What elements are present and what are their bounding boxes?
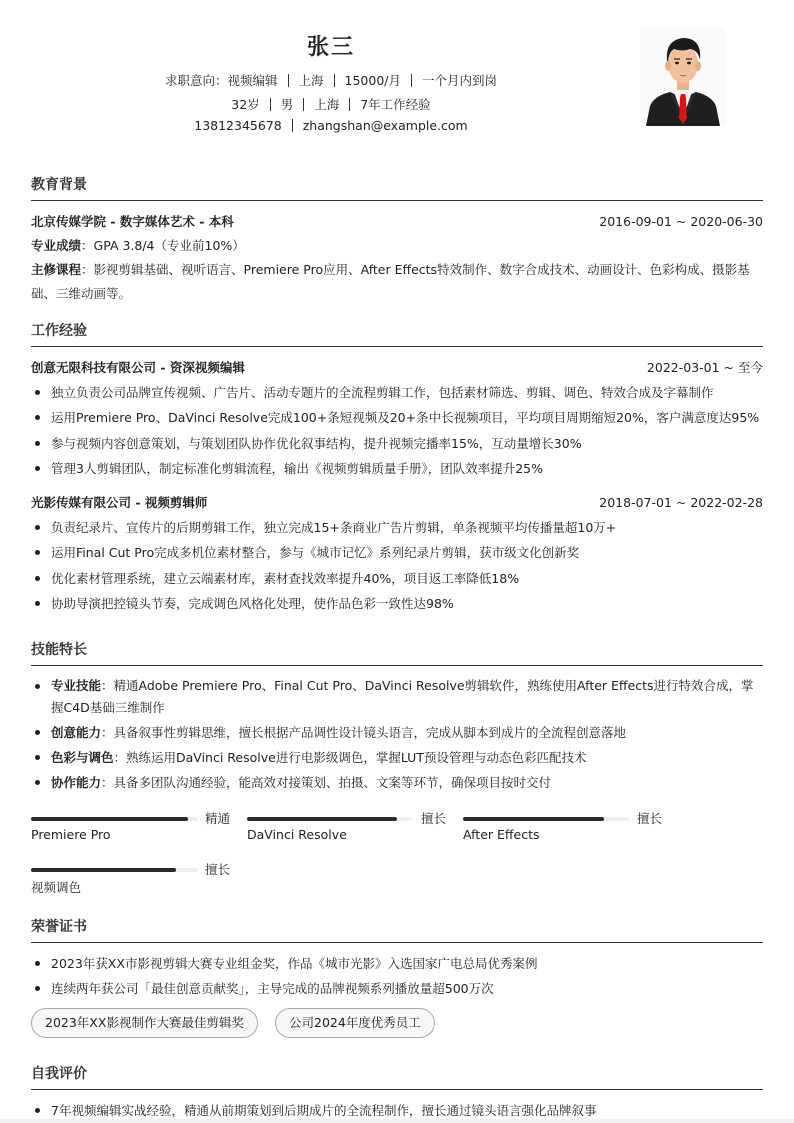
honor-tag: 2023年XX影视制作大赛最佳剪辑奖: [31, 1008, 258, 1038]
expected-salary: 15000/月: [345, 73, 401, 88]
skills-list: 专业技能：精通Adobe Premiere Pro、Final Cut Pro、…: [31, 675, 763, 793]
gpa-label: 专业成绩: [31, 238, 81, 253]
section-work-experience: 工作经验 创意无限科技有限公司 - 资深视频编辑 2022-03-01 ~ 至今…: [31, 320, 763, 616]
education-entry-header: 北京传媒学院 - 数字媒体艺术 - 本科 2016-09-01 ~ 2020-0…: [31, 210, 763, 234]
skill-bar-after-effects: 擅长 After Effects: [463, 811, 673, 851]
separator: [303, 98, 304, 111]
progress-track: [31, 868, 198, 872]
list-item: 运用Final Cut Pro完成多机位素材整合，参与《城市记忆》系列纪录片剪辑…: [31, 540, 763, 565]
progress-fill: [31, 868, 176, 872]
section-honors: 荣誉证书 2023年获XX市影视剪辑大赛专业组金奖，作品《城市光影》入选国家广电…: [31, 916, 763, 1002]
skill-name: 视频调色: [31, 878, 81, 896]
list-item: 负责纪录片、宣传片的后期剪辑工作，独立完成15+条商业广告片剪辑，单条视频平均传…: [31, 515, 763, 540]
progress-fill: [31, 817, 188, 821]
skill-level: 擅长: [637, 809, 662, 827]
job-intent-line: 求职意向：视频编辑上海15000/月一个月内到岗: [31, 71, 631, 89]
page-bottom-edge: [0, 1119, 794, 1123]
separator: [411, 74, 412, 87]
availability: 一个月内到岗: [422, 73, 497, 88]
skill-bar-davinci: 擅长 DaVinci Resolve: [247, 811, 457, 851]
skill-name: Premiere Pro: [31, 827, 111, 842]
candidate-name: 张三: [31, 30, 631, 61]
skill-bar-color-grading: 擅长 视频调色: [31, 862, 241, 902]
separator: [288, 74, 289, 87]
education-dates: 2016-09-01 ~ 2020-06-30: [599, 210, 763, 234]
list-item: 连续两年获公司「最佳创意贡献奖」，主导完成的品牌视频系列播放量超500万次: [31, 976, 763, 1001]
job-dates: 2022-03-01 ~ 至今: [647, 356, 763, 380]
skill-level: 擅长: [205, 860, 230, 878]
intent-city: 上海: [299, 73, 324, 88]
separator: [334, 74, 335, 87]
progress-fill: [463, 817, 604, 821]
section-title: 工作经验: [31, 320, 763, 342]
section-title: 荣誉证书: [31, 916, 763, 938]
gender: 男: [281, 97, 294, 112]
gpa-line: 专业成绩：GPA 3.8/4（专业前10%）: [31, 234, 763, 258]
list-item: 参与视频内容创意策划，与策划团队协作优化叙事结构，提升视频完播率15%，互动量增…: [31, 431, 763, 456]
years-experience: 7年工作经验: [360, 97, 430, 112]
list-item: 独立负责公司品牌宣传视频、广告片、活动专题片的全流程剪辑工作，包括素材筛选、剪辑…: [31, 380, 763, 405]
list-item: 2023年获XX市影视剪辑大赛专业组金奖，作品《城市光影》入选国家广电总局优秀案…: [31, 951, 763, 976]
avatar: [640, 28, 726, 126]
list-item: 运用Premiere Pro、DaVinci Resolve完成100+条短视频…: [31, 405, 763, 430]
email: zhangshan@example.com: [303, 118, 468, 133]
job-entry: 创意无限科技有限公司 - 资深视频编辑 2022-03-01 ~ 至今 独立负责…: [31, 356, 763, 481]
section-education: 教育背景 北京传媒学院 - 数字媒体艺术 - 本科 2016-09-01 ~ 2…: [31, 174, 763, 306]
skill-name: After Effects: [463, 827, 539, 842]
list-item: 专业技能：精通Adobe Premiere Pro、Final Cut Pro、…: [31, 675, 763, 718]
job-bullets: 独立负责公司品牌宣传视频、广告片、活动专题片的全流程剪辑工作，包括素材筛选、剪辑…: [31, 380, 763, 481]
separator: [349, 98, 350, 111]
courses-label: 主修课程: [31, 262, 81, 277]
school-degree: 北京传媒学院 - 数字媒体艺术 - 本科: [31, 214, 234, 229]
job-entry: 光影传媒有限公司 - 视频剪辑师 2018-07-01 ~ 2022-02-28…: [31, 491, 763, 616]
skill-level: 擅长: [421, 809, 446, 827]
resume-header: 张三 求职意向：视频编辑上海15000/月一个月内到岗 32岁男上海7年工作经验…: [31, 0, 763, 150]
list-item: 协作能力：具备多团队沟通经验，能高效对接策划、拍摄、文案等环节，确保项目按时交付: [31, 772, 763, 794]
list-item: 优化素材管理系统，建立云端素材库，素材查找效率提升40%，项目返工率降低18%: [31, 566, 763, 591]
list-item: 色彩与调色：熟练运用DaVinci Resolve进行电影级调色，掌握LUT预设…: [31, 747, 763, 769]
job-header: 光影传媒有限公司 - 视频剪辑师 2018-07-01 ~ 2022-02-28: [31, 491, 763, 515]
progress-track: [31, 817, 198, 821]
section-skills: 技能特长 专业技能：精通Adobe Premiere Pro、Final Cut…: [31, 639, 763, 797]
personal-info-line: 32岁男上海7年工作经验: [31, 95, 631, 113]
job-bullets: 负责纪录片、宣传片的后期剪辑工作，独立完成15+条商业广告片剪辑，单条视频平均传…: [31, 515, 763, 616]
skill-bar-premiere: 精通 Premiere Pro: [31, 811, 241, 851]
list-item: 管理3人剪辑团队，制定标准化剪辑流程，输出《视频剪辑质量手册》，团队效率提升25…: [31, 456, 763, 481]
section-title: 教育背景: [31, 174, 763, 196]
company-title: 光影传媒有限公司 - 视频剪辑师: [31, 495, 207, 510]
honor-tag: 公司2024年度优秀员工: [275, 1008, 435, 1038]
contact-line: 13812345678zhangshan@example.com: [31, 118, 631, 133]
skill-label: 协作能力: [51, 775, 101, 790]
location: 上海: [314, 97, 339, 112]
skill-text: ：具备多团队沟通经验，能高效对接策划、拍摄、文案等环节，确保项目按时交付: [101, 775, 551, 790]
courses-value: ：影视剪辑基础、视听语言、Premiere Pro应用、After Effect…: [31, 262, 750, 301]
courses-line: 主修课程：影视剪辑基础、视听语言、Premiere Pro应用、After Ef…: [31, 258, 763, 306]
skill-name: DaVinci Resolve: [247, 827, 347, 842]
skill-text: ：精通Adobe Premiere Pro、Final Cut Pro、DaVi…: [51, 678, 754, 715]
company-title: 创意无限科技有限公司 - 资深视频编辑: [31, 360, 245, 375]
skill-label: 创意能力: [51, 725, 101, 740]
progress-track: [463, 817, 629, 821]
phone: 13812345678: [194, 118, 281, 133]
gpa-value: ：GPA 3.8/4（专业前10%）: [81, 238, 245, 253]
separator: [270, 98, 271, 111]
section-title: 技能特长: [31, 639, 763, 661]
section-title: 自我评价: [31, 1063, 763, 1085]
progress-fill: [247, 817, 397, 821]
progress-track: [247, 817, 412, 821]
section-self-evaluation: 自我评价 7年视频编辑实战经验，精通从前期策划到后期成片的全流程制作，擅长通过镜…: [31, 1063, 763, 1123]
skill-text: ：具备叙事性剪辑思维，擅长根据产品调性设计镜头语言，完成从脚本到成片的全流程创意…: [101, 725, 626, 740]
list-item: 创意能力：具备叙事性剪辑思维，擅长根据产品调性设计镜头语言，完成从脚本到成片的全…: [31, 722, 763, 744]
skill-level: 精通: [205, 809, 230, 827]
job-dates: 2018-07-01 ~ 2022-02-28: [599, 491, 763, 515]
resume-page: 张三 求职意向：视频编辑上海15000/月一个月内到岗 32岁男上海7年工作经验…: [31, 0, 763, 150]
job-intent: 求职意向：视频编辑: [165, 73, 278, 88]
honors-list: 2023年获XX市影视剪辑大赛专业组金奖，作品《城市光影》入选国家广电总局优秀案…: [31, 951, 763, 1002]
age: 32岁: [231, 97, 259, 112]
separator: [292, 119, 293, 132]
skill-label: 专业技能: [51, 678, 101, 693]
avatar-portrait-icon: [640, 28, 726, 126]
job-header: 创意无限科技有限公司 - 资深视频编辑 2022-03-01 ~ 至今: [31, 356, 763, 380]
skill-label: 色彩与调色: [51, 750, 114, 765]
skill-text: ：熟练运用DaVinci Resolve进行电影级调色，掌握LUT预设管理与动态…: [114, 750, 587, 765]
list-item: 协助导演把控镜头节奏，完成调色风格化处理，使作品色彩一致性达98%: [31, 591, 763, 616]
